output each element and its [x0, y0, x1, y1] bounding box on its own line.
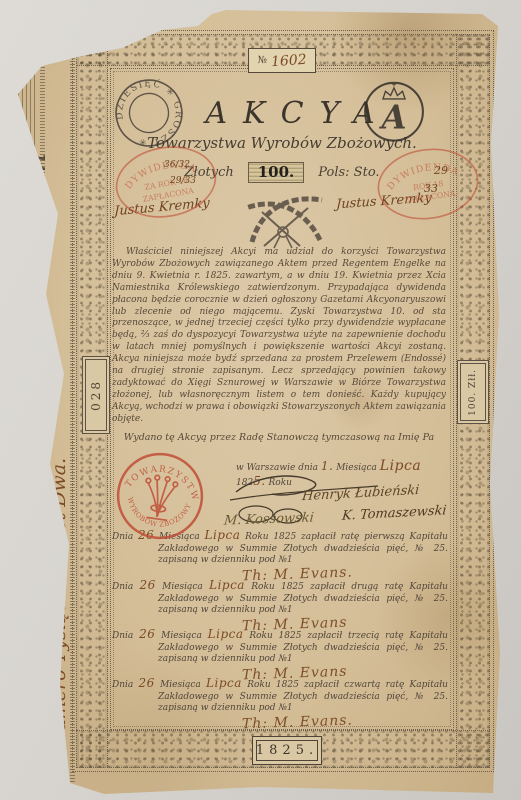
- serial-number-label: №: [257, 55, 266, 66]
- payment-entry-3: Dnia 26 Miesiąca Lipca Roku 1825 zapłaci…: [112, 630, 448, 682]
- value-box-right-text: 100. Złł.: [468, 369, 478, 416]
- stub-handwritten-number: Numero Tysiąc Sześćset Dwa.: [48, 458, 70, 748]
- board-signature-2: M. Kossowski: [223, 510, 314, 528]
- dividend-right-hand-b: 33: [424, 182, 438, 195]
- wreath-emblem: [236, 182, 332, 254]
- stub-pinstripes: [14, 20, 38, 780]
- year-box: 1825.: [252, 736, 322, 765]
- date-month-hand: Lipca: [380, 458, 421, 474]
- stub-printed-title: Towarzystwa Wyrobów Zbożowych: [18, 149, 53, 766]
- stub-divider-left: [40, 18, 45, 782]
- body-text: Właściciel niniejszej Akcyi ma udział do…: [112, 247, 446, 426]
- dividend-right-hand-a: 29: [434, 164, 448, 177]
- issue-line: Wydano tę Akcyą przez Radę Stanowczą tym…: [112, 432, 446, 443]
- value-box-right: 100. Złł.: [457, 360, 489, 424]
- control-number-left: 028: [89, 379, 103, 411]
- certificate-paper: Towarzystwa Wyrobów Zbożowych Numero Tys…: [12, 4, 508, 798]
- amount-box: 100.: [248, 162, 305, 183]
- dividend-stamp-right: DYWIDENDA ROK 18 ZAPŁACONA 29 33: [374, 144, 482, 224]
- payment-4-text: Dnia 26 Miesiąca Lipca Roku 1825 zapłaci…: [112, 679, 448, 715]
- dividend-left-hand-a: 36/32: [164, 160, 190, 170]
- wheat-sheaf-icon: [141, 474, 179, 521]
- society-stamp: TOWARZYSTWO WYROBÓW ZBOŻOWYCH: [110, 446, 209, 545]
- payment-2-text: Dnia 26 Miesiąca Lipca Roku 1825 zapłaci…: [112, 581, 448, 617]
- payment-entry-2: Dnia 26 Miesiąca Lipca Roku 1825 zapłaci…: [112, 581, 448, 633]
- crowned-monogram-stamp: A: [360, 76, 428, 144]
- monogram-letter: A: [378, 99, 406, 137]
- control-number-box-left: 028: [82, 356, 110, 434]
- payment-entry-4: Dnia 26 Miesiąca Lipca Roku 1825 zapłaci…: [112, 679, 448, 731]
- dividend-left-hand-b: 29/33: [170, 176, 196, 186]
- payment-3-text: Dnia 26 Miesiąca Lipca Roku 1825 zapłaci…: [112, 630, 448, 666]
- serial-number-value: 1602: [270, 51, 307, 69]
- serial-number-box: № 1602: [248, 48, 316, 73]
- dividend-stamp-left: DYWIDENDA ZA ROK 18 ZAPŁACONA 36/32 29/3…: [112, 142, 220, 222]
- crown-icon: [383, 88, 405, 99]
